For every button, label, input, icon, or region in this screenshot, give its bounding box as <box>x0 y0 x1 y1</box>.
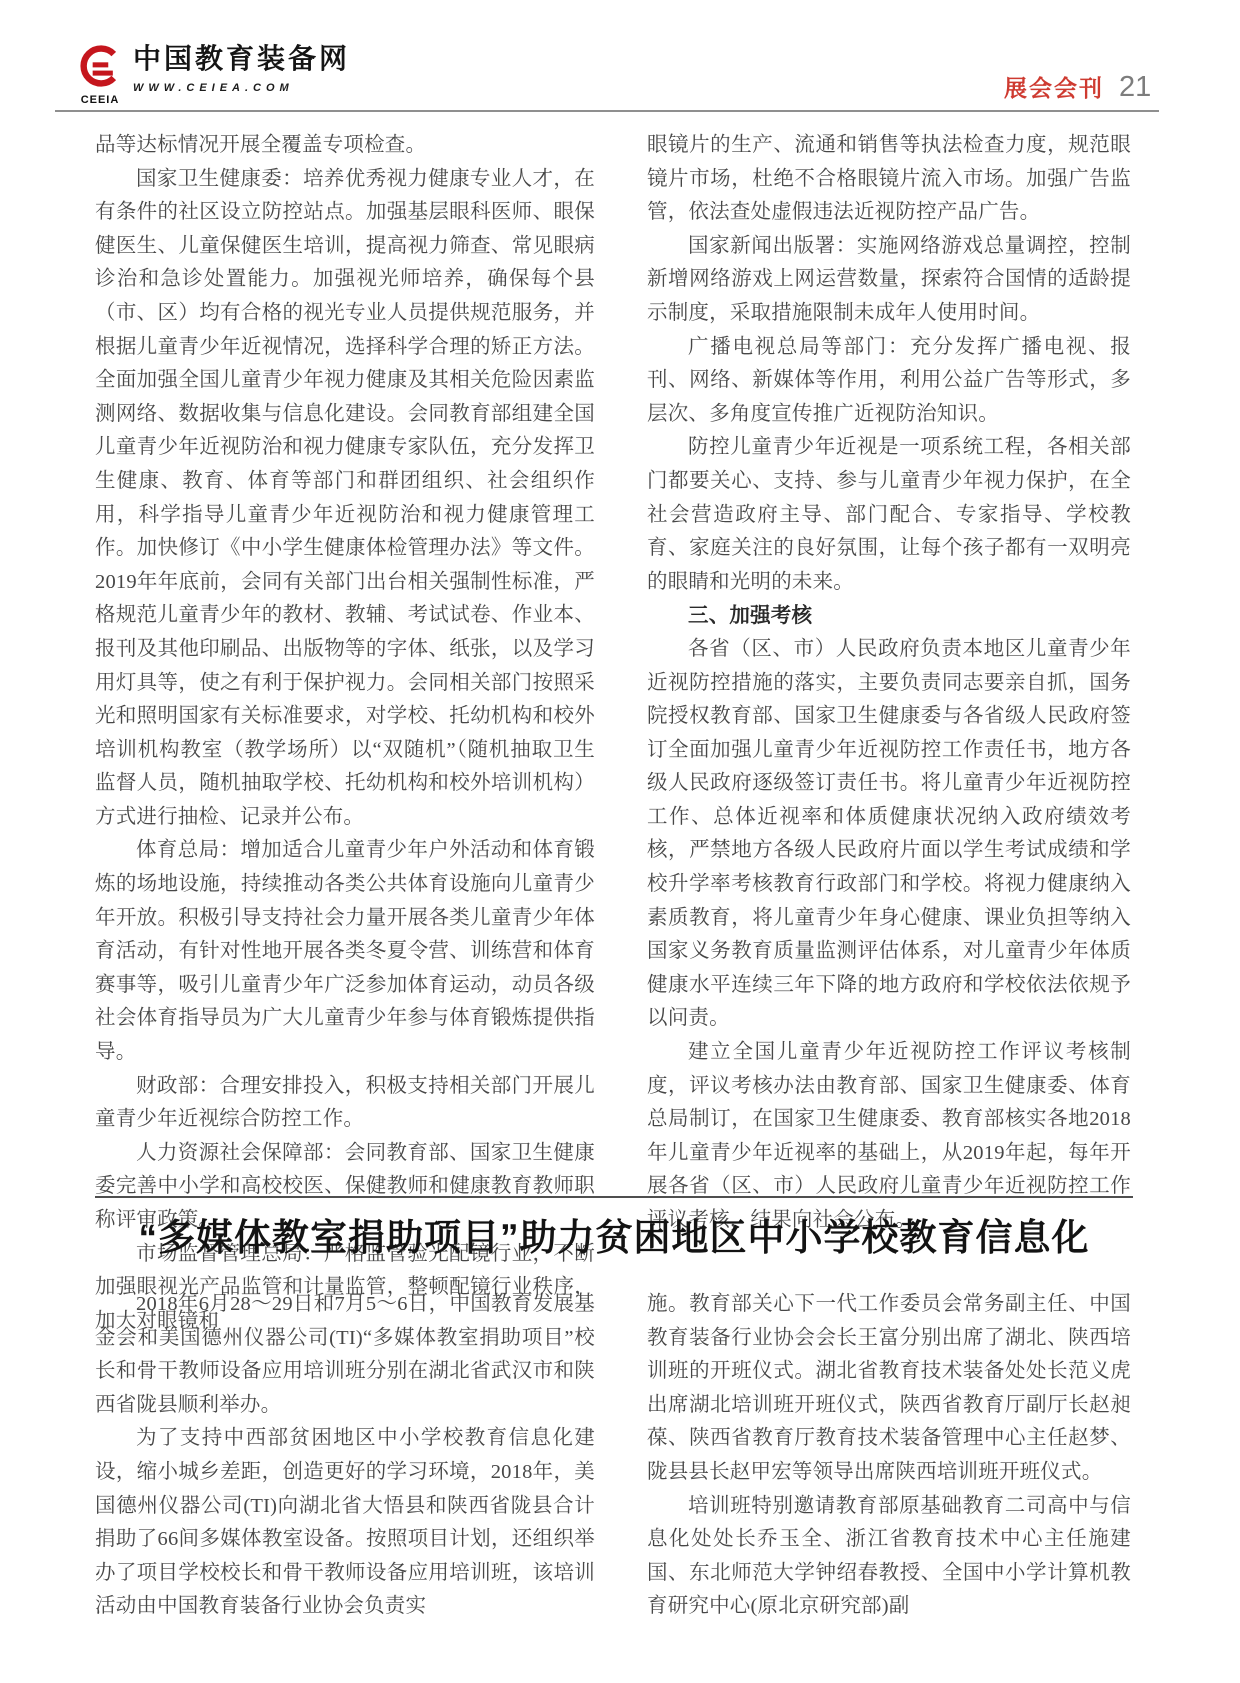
paragraph: 建立全国儿童青少年近视防控工作评议考核制度，评议考核办法由教育部、国家卫生健康委… <box>647 1036 1131 1238</box>
site-url: WWW.CEIEA.COM <box>133 82 350 94</box>
paragraph: 2018年6月28～29日和7月5～6日，中国教育发展基金会和美国德州仪器公司(… <box>95 1288 595 1422</box>
magazine-page: CEEIA 中国教育装备网 WWW.CEIEA.COM 展会会刊 21 品等达标… <box>0 0 1240 1683</box>
article2-headline: “多媒体教室捐助项目”助力贫困地区中小学校教育信息化 <box>80 1214 1148 1262</box>
logo-text-block: 中国教育装备网 WWW.CEIEA.COM <box>133 44 350 106</box>
site-name: 中国教育装备网 <box>133 44 350 75</box>
paragraph: 广播电视总局等部门：充分发挥广播电视、报刊、网络、新媒体等作用，利用公益广告等形… <box>647 331 1131 432</box>
paragraph: 国家卫生健康委：培养优秀视力健康专业人才，在有条件的社区设立防控站点。加强基层眼… <box>95 163 595 835</box>
paragraph: 各省（区、市）人民政府负责本地区儿童青少年近视防控措施的落实，主要负责同志要亲自… <box>647 633 1131 1036</box>
paragraph: 为了支持中西部贫困地区中小学校教育信息化建设，缩小城乡差距，创造更好的学习环境，… <box>95 1422 595 1624</box>
article2-left-column: 2018年6月28～29日和7月5～6日，中国教育发展基金会和美国德州仪器公司(… <box>95 1288 595 1624</box>
paragraph: 眼镜片的生产、流通和销售等执法检查力度，规范眼镜片市场，杜绝不合格眼镜片流入市场… <box>647 129 1131 230</box>
paragraph: 施。教育部关心下一代工作委员会常务副主任、中国教育装备行业协会会长王富分别出席了… <box>647 1288 1131 1490</box>
issue-label: 展会会刊 <box>1004 70 1104 103</box>
article1-right-column: 眼镜片的生产、流通和销售等执法检查力度，规范眼镜片市场，杜绝不合格眼镜片流入市场… <box>647 129 1131 1238</box>
logo-org-text: CEEIA <box>81 94 120 106</box>
paragraph: 防控儿童青少年近视是一项系统工程，各相关部门都要关心、支持、参与儿童青少年视力保… <box>647 431 1131 599</box>
header-rule <box>55 110 1159 112</box>
paragraph: 体育总局：增加适合儿童青少年户外活动和体育锻炼的场地设施，持续推动各类公共体育设… <box>95 834 595 1069</box>
section-divider <box>95 1196 1133 1198</box>
section-heading: 三、加强考核 <box>647 599 1131 633</box>
paragraph: 财政部：合理安排投入，积极支持相关部门开展儿童青少年近视综合防控工作。 <box>95 1070 595 1137</box>
masthead-right: 展会会刊 21 <box>1004 70 1151 104</box>
paragraph: 品等达标情况开展全覆盖专项检查。 <box>95 129 595 163</box>
article2-right-column: 施。教育部关心下一代工作委员会常务副主任、中国教育装备行业协会会长王富分别出席了… <box>647 1288 1131 1624</box>
page-number: 21 <box>1119 71 1151 104</box>
ceeia-logo-icon <box>78 44 122 93</box>
paragraph: 培训班特别邀请教育部原基础教育二司高中与信息化处处长乔玉全、浙江省教育技术中心主… <box>647 1490 1131 1624</box>
logo-icon-block: CEEIA <box>78 44 122 106</box>
site-logo: CEEIA 中国教育装备网 WWW.CEIEA.COM <box>78 44 350 106</box>
paragraph: 国家新闻出版署：实施网络游戏总量调控，控制新增网络游戏上网运营数量，探索符合国情… <box>647 230 1131 331</box>
article1-left-column: 品等达标情况开展全覆盖专项检查。国家卫生健康委：培养优秀视力健康专业人才，在有条… <box>95 129 595 1338</box>
